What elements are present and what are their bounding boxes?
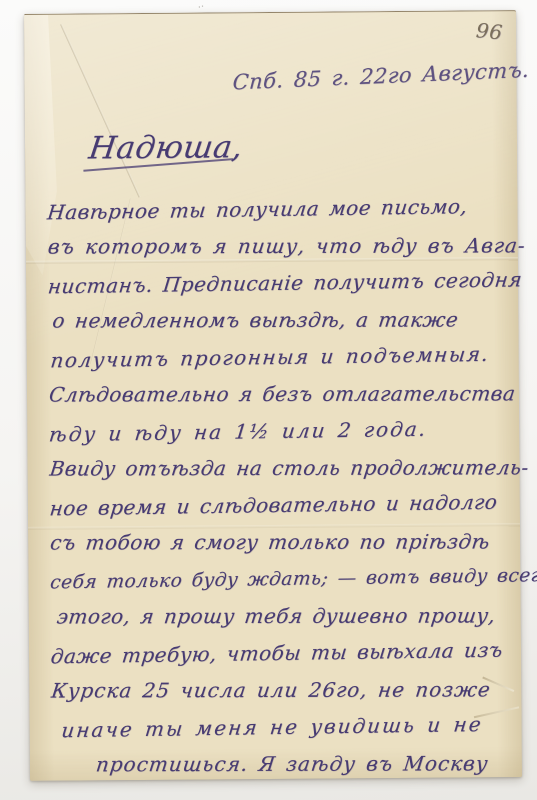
handwritten-line: съ тобою я смогу только по пріѣздѣ [48,523,514,561]
handwritten-line: ѣду и ѣду на 1½ или 2 года. [47,409,513,453]
handwritten-line: иначе ты меня не увидишь и не [59,706,515,750]
handwritten-line: Ввиду отъѣзда на столь продолжитель- [47,449,513,487]
handwritten-line: въ которомъ я пишу, что ѣду въ Авга- [46,227,512,265]
handwritten-line: простишься. Я заѣду въ Москву [94,745,516,783]
salutation-block: Надюша, [81,125,302,197]
handwritten-line: Навѣрное ты получила мое письмо, [45,188,511,232]
letter-scan: ·· 96 Спб. 85 г. 22го Августъ. Надюша, Н… [0,0,537,800]
handwritten-line: Слѣдовательно я безъ отлагательства [47,375,513,413]
handwritten-line: о немедленномъ выѣздѣ, а также [50,301,512,339]
letter-paper: 96 Спб. 85 г. 22го Августъ. Надюша, Навѣ… [24,10,522,781]
handwritten-line: ное время и слѣдовательно и надолго [48,483,514,527]
handwritten-line: этого, я прошу тебя душевно прошу, [55,597,515,635]
letter-body: Навѣрное ты получила мое письмо, въ кото… [47,189,514,785]
salutation: Надюша, [87,129,245,166]
date-line: Спб. 85 г. 22го Августъ. [232,58,530,95]
handwritten-line: получитъ прогонныя и подъемныя. [49,336,513,380]
handwritten-line: нистанъ. Предписаніе получитъ сегодня [46,262,512,306]
handwritten-line: Курска 25 числа или 26го, не позже [49,671,515,709]
handwritten-line: себя только буду ждать; — вотъ ввиду все… [48,557,514,601]
page-number: 96 [475,18,504,44]
handwritten-line: даже требую, чтобы ты выѣхала изъ [49,631,515,675]
